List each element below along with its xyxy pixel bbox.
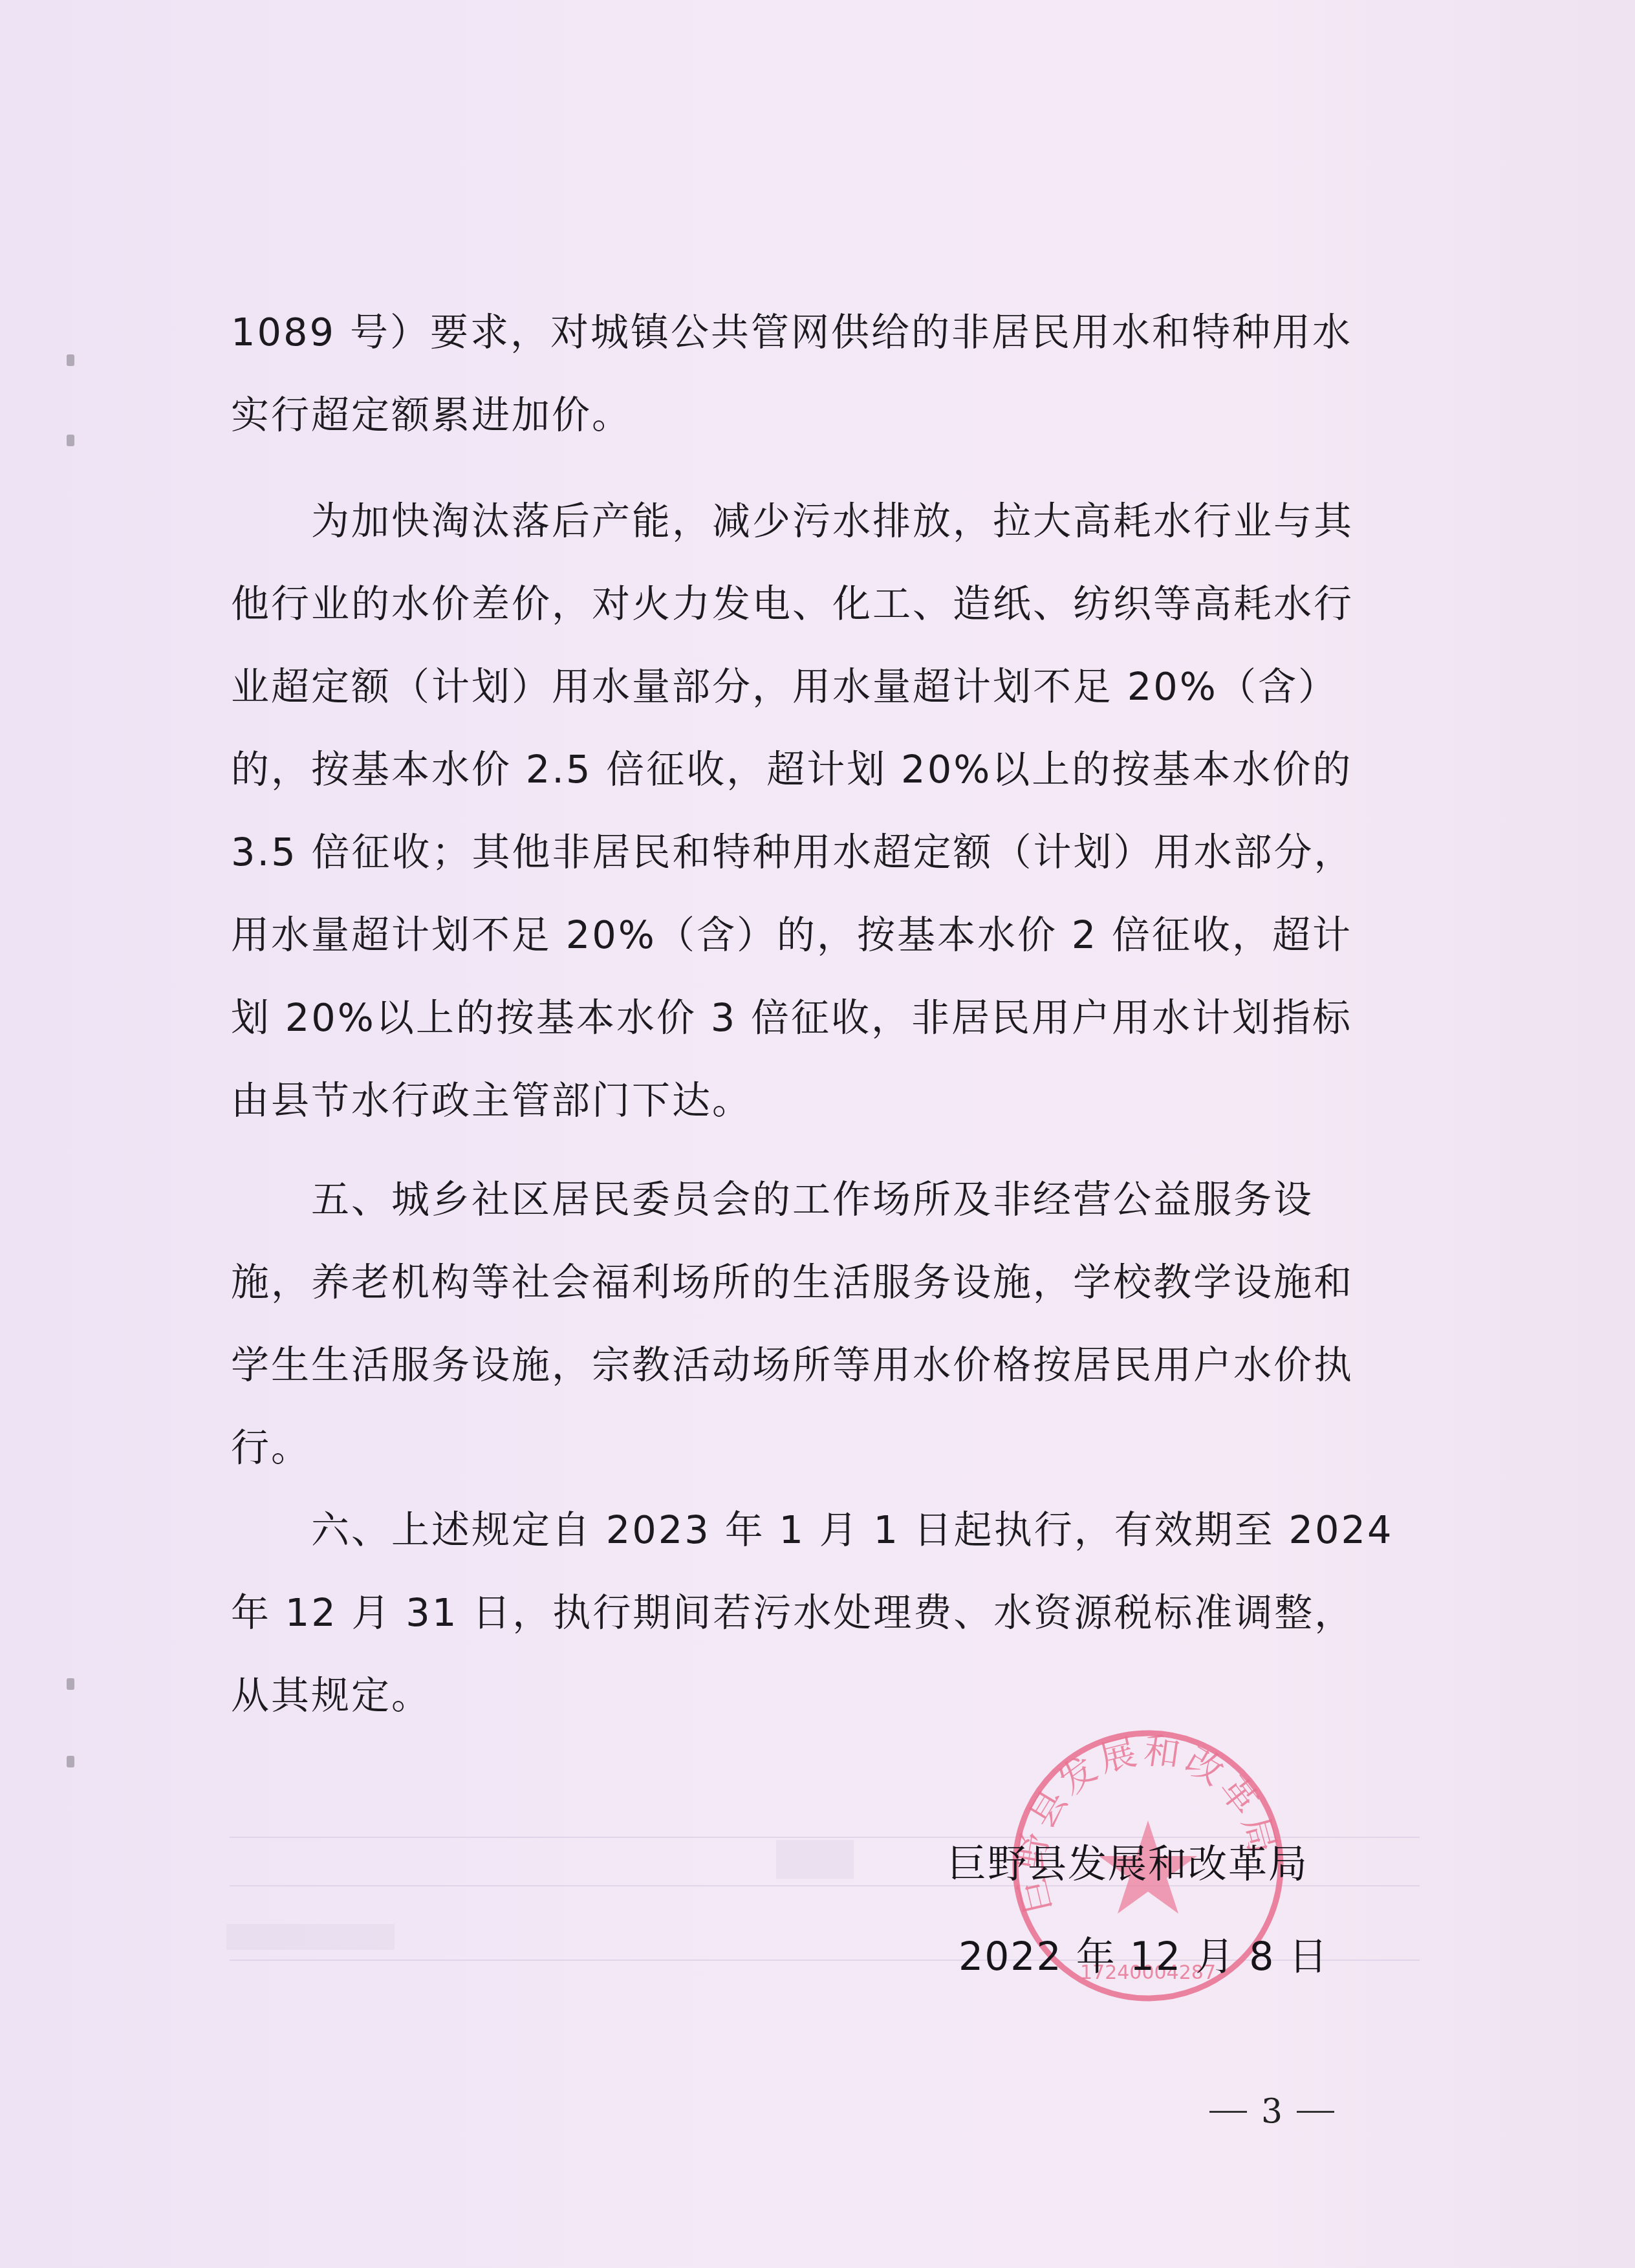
bleed-through-text (776, 1840, 854, 1879)
paragraph-section-six: 六、上述规定自 2023 年 1 月 1 日起执行，有效期至 2024 年 12… (231, 1489, 1421, 1737)
text-line: 1089 号）要求，对城镇公共管网供给的非居民用水和特种用水 (231, 291, 1421, 374)
staple-hole (67, 1678, 74, 1690)
paragraph-section-five: 五、城乡社区居民委员会的工作场所及非经营公益服务设 施，养老机构等社会福利场所的… (231, 1158, 1421, 1489)
text-line: 3.5 倍征收；其他非居民和特种用水超定额（计划）用水部分， (231, 811, 1421, 894)
staple-hole (67, 354, 74, 366)
text-line: 行。 (231, 1407, 1421, 1489)
text-line: 六、上述规定自 2023 年 1 月 1 日起执行，有效期至 2024 (231, 1489, 1421, 1571)
document-page: 1089 号）要求，对城镇公共管网供给的非居民用水和特种用水 实行超定额累进加价… (0, 0, 1635, 2268)
text-line: 学生生活服务设施，宗教活动场所等用水价格按居民用户水价执 (231, 1324, 1421, 1407)
dash-right (1297, 2111, 1334, 2113)
text-line: 施，养老机构等社会福利场所的生活服务设施，学校教学设施和 (231, 1241, 1421, 1324)
page-number-value: 3 (1261, 2092, 1283, 2131)
text-line: 五、城乡社区居民委员会的工作场所及非经营公益服务设 (231, 1158, 1421, 1241)
text-line: 业超定额（计划）用水量部分，用水量超计划不足 20%（含） (231, 645, 1421, 728)
paragraph-surcharge-rules: 为加快淘汰落后产能，减少污水排放，拉大高耗水行业与其 他行业的水价差价，对火力发… (231, 480, 1421, 1142)
paragraph-continuation: 1089 号）要求，对城镇公共管网供给的非居民用水和特种用水 实行超定额累进加价… (231, 291, 1421, 457)
text-line: 他行业的水价差价，对火力发电、化工、造纸、纺织等高耗水行 (231, 563, 1421, 645)
text-line: 为加快淘汰落后产能，减少污水排放，拉大高耗水行业与其 (231, 480, 1421, 563)
text-line: 的，按基本水价 2.5 倍征收，超计划 20%以上的按基本水价的 (231, 728, 1421, 811)
issue-date: 2022 年 12 月 8 日 (958, 1926, 1329, 1982)
staple-hole (67, 1756, 74, 1767)
staple-hole (67, 435, 74, 446)
bleed-through-text (226, 1924, 395, 1950)
issuer-name: 巨野县发展和改革局 (947, 1833, 1308, 1889)
text-line: 划 20%以上的按基本水价 3 倍征收，非居民用户用水计划指标 (231, 977, 1421, 1059)
text-line: 用水量超计划不足 20%（含）的，按基本水价 2 倍征收，超计 (231, 894, 1421, 977)
dash-left (1209, 2111, 1247, 2113)
text-line: 由县节水行政主管部门下达。 (231, 1059, 1421, 1142)
text-line: 年 12 月 31 日，执行期间若污水处理费、水资源税标准调整， (231, 1571, 1421, 1654)
text-line: 实行超定额累进加价。 (231, 374, 1421, 457)
page-number: 3 (1209, 2092, 1334, 2131)
